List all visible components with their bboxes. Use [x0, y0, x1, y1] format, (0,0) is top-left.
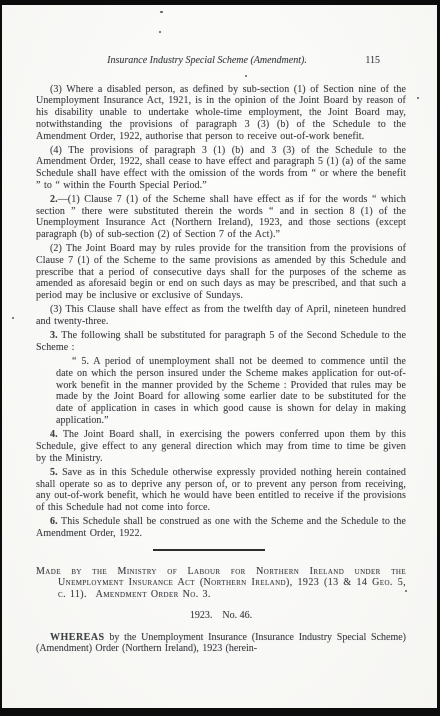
scan-speck	[160, 11, 163, 13]
paragraph-3-disabled-person: (3) Where a disabled person, as defined …	[36, 84, 406, 143]
scan-speck	[12, 317, 14, 319]
paragraph-text: The Joint Board shall, in exercising the…	[36, 429, 406, 463]
paragraph-lead: (2)	[50, 243, 62, 254]
paragraph-text: The provisions of paragraph 3 (1) (b) an…	[36, 145, 406, 191]
paragraph-lead: 2.	[50, 194, 58, 205]
paragraph-text: —(1) Clause 7 (1) of the Scheme shall ha…	[36, 194, 406, 240]
paragraph-text: This Schedule shall be construed as one …	[36, 516, 406, 539]
paragraph-4-provisions: (4) The provisions of paragraph 3 (1) (b…	[36, 145, 406, 192]
document-page: Insurance Industry Special Scheme (Amend…	[2, 5, 437, 708]
paragraph-lead: 4.	[50, 429, 58, 440]
paragraph-3-substitution: 3. The following shall be substituted fo…	[36, 330, 406, 353]
paragraph-2-3-effect-date: (3) This Clause shall have effect as fro…	[36, 304, 406, 327]
quoted-paragraph-5: “ 5. A period of unemployment shall not …	[56, 356, 406, 426]
made-by-statement: Made by the Ministry of Labour for North…	[36, 566, 406, 601]
paragraph-lead: (3)	[50, 84, 62, 95]
paragraph-4-joint-board-powers: 4. The Joint Board shall, in exercising …	[36, 429, 406, 464]
order-number-line: 1923. No. 46.	[36, 610, 406, 622]
paragraph-2-clause-7: 2.—(1) Clause 7 (1) of the Scheme shall …	[36, 194, 406, 241]
paragraph-5-saving: 5. Save as in this Schedule otherwise ex…	[36, 467, 406, 514]
paragraph-text: Save as in this Schedule otherwise expre…	[36, 467, 406, 513]
paragraph-lead: “ 5.	[72, 356, 89, 367]
paragraph-6-construed: 6. This Schedule shall be construed as o…	[36, 516, 406, 539]
running-header: Insurance Industry Special Scheme (Amend…	[36, 55, 406, 67]
paragraph-text: A period of unemployment shall not be de…	[56, 356, 406, 426]
paragraph-lead: 3.	[50, 330, 58, 341]
running-title: Insurance Industry Special Scheme (Amend…	[107, 55, 307, 66]
paragraph-lead: 5.	[50, 467, 58, 478]
paragraph-text: The Joint Board may by rules provide for…	[36, 243, 406, 301]
paragraph-text: The following shall be substituted for p…	[36, 330, 406, 353]
page-content: Insurance Industry Special Scheme (Amend…	[36, 55, 406, 655]
paragraph-lead: (4)	[50, 145, 62, 156]
document-body: (3) Where a disabled person, as defined …	[36, 84, 406, 540]
section-divider	[153, 549, 265, 551]
scan-speck	[159, 31, 161, 33]
whereas-lead: WHEREAS	[50, 632, 105, 643]
whereas-paragraph: WHEREAS by the Unemployment Insurance (I…	[36, 632, 406, 655]
paragraph-text: This Clause shall have effect as from th…	[36, 304, 406, 327]
page-number: 115	[365, 55, 380, 67]
paragraph-lead: 6.	[50, 516, 58, 527]
scan-speck	[417, 97, 419, 99]
paragraph-text: Where a disabled person, as defined by s…	[36, 84, 406, 142]
paragraph-lead: (3)	[50, 304, 62, 315]
paragraph-2-2-joint-board-rules: (2) The Joint Board may by rules provide…	[36, 243, 406, 302]
